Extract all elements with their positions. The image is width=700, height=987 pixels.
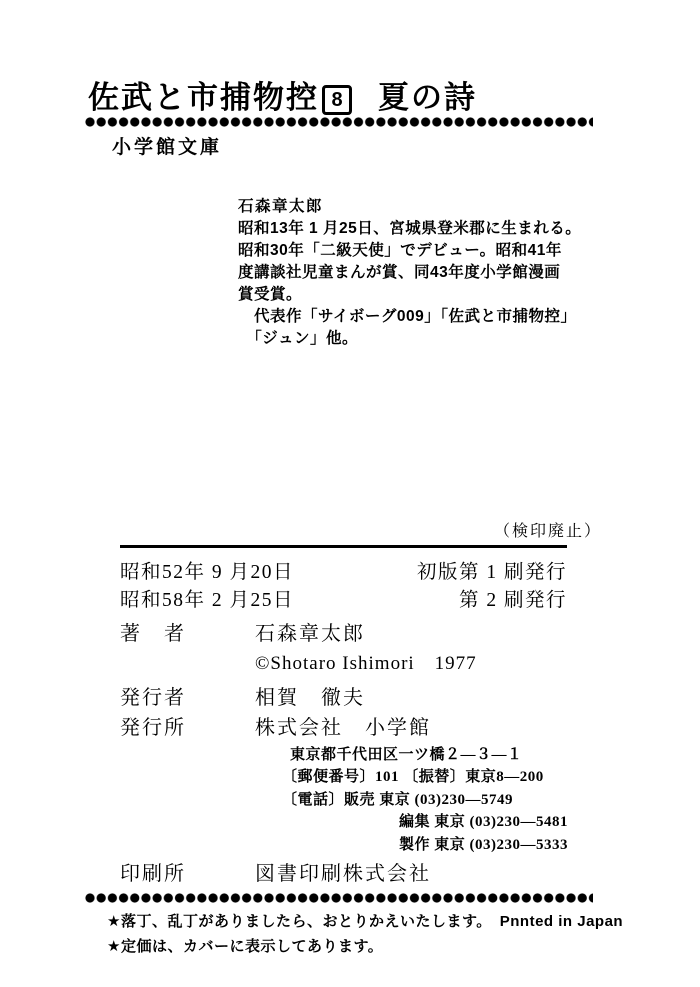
publishing-office-row: 発行所 株式会社 小学館 <box>120 711 567 740</box>
publisher-address: 東京都千代田区一ツ橋２—３—１ 〔郵便番号〕101 〔振替〕東京8—200 〔電… <box>282 744 568 856</box>
address-line: 〔郵便番号〕101 〔振替〕東京8—200 <box>282 766 568 788</box>
seal-abolished-note: （検印廃止） <box>494 518 602 541</box>
copyright-line: ©Shotaro Ishimori 1977 <box>255 648 477 675</box>
book-title-main: 佐武と市捕物控 <box>88 80 319 115</box>
author-bio-line: 昭和13年 1 月25日、宮城県登米郡に生まれる。 <box>238 218 628 240</box>
edition-row: 昭和52年 9 月20日 初版第 1 刷発行 <box>120 556 567 584</box>
author-bio-line: 賞受賞。 <box>238 284 628 306</box>
publisher-role-label: 発行者 <box>120 681 255 710</box>
author-role-label: 著 者 <box>120 617 255 646</box>
edition-date: 昭和58年 2 月25日 <box>120 584 294 612</box>
footer-note-returns: ★落丁、乱丁がありましたら、おとりかえいたします。 Pnnted in Japa… <box>107 910 623 931</box>
edition-date: 昭和52年 9 月20日 <box>120 556 294 584</box>
address-line: 製作 東京 (03)230—5333 <box>282 834 568 856</box>
author-row: 著 者 石森章太郎 <box>120 617 567 646</box>
imprint-label: 小学館文庫 <box>112 132 222 159</box>
edition-label: 初版第 1 刷発行 <box>417 556 567 584</box>
colophon-page: 佐武と市捕物控8夏の詩 小学館文庫 石森章太郎 昭和13年 1 月25日、宮城県… <box>0 0 700 987</box>
edition-label: 第 2 刷発行 <box>459 584 567 612</box>
footer-note-price: ★定価は、カバーに表示してあります。 <box>107 935 383 956</box>
author-bio-line: 度講談社児童まんが賞、同43年度小学館漫画 <box>238 262 628 284</box>
author-bio: 石森章太郎 昭和13年 1 月25日、宮城県登米郡に生まれる。 昭和30年「二級… <box>238 196 628 350</box>
office-name: 株式会社 小学館 <box>255 711 431 740</box>
volume-number-box: 8 <box>322 85 352 115</box>
author-bio-line: 昭和30年「二級天使」でデビュー。昭和41年 <box>238 240 628 262</box>
publisher-row: 発行者 相賀 徹夫 <box>120 681 567 710</box>
printer-name: 図書印刷株式会社 <box>255 857 431 886</box>
author-bio-line: 「ジュン」他。 <box>238 328 628 350</box>
author-bio-line: 代表作「サイボーグ009」「佐武と市捕物控」 <box>238 306 628 328</box>
author-bio-name: 石森章太郎 <box>238 196 628 218</box>
office-role-label: 発行所 <box>120 711 255 740</box>
dotted-separator-top <box>85 117 593 127</box>
horizontal-rule <box>120 545 567 548</box>
address-line: 東京都千代田区一ツ橋２—３—１ <box>282 744 568 766</box>
printer-row: 印刷所 図書印刷株式会社 <box>120 857 567 886</box>
address-line: 〔電話〕販売 東京 (03)230—5749 <box>282 789 568 811</box>
edition-row: 昭和58年 2 月25日 第 2 刷発行 <box>120 584 567 612</box>
dotted-separator-bottom <box>85 893 593 903</box>
printer-role-label: 印刷所 <box>120 857 255 886</box>
book-title-subtitle: 夏の詩 <box>378 80 477 115</box>
publisher-name: 相賀 徹夫 <box>255 681 365 710</box>
book-title: 佐武と市捕物控8夏の詩 <box>88 72 477 117</box>
author-name: 石森章太郎 <box>255 617 365 646</box>
address-line: 編集 東京 (03)230—5481 <box>282 811 568 833</box>
